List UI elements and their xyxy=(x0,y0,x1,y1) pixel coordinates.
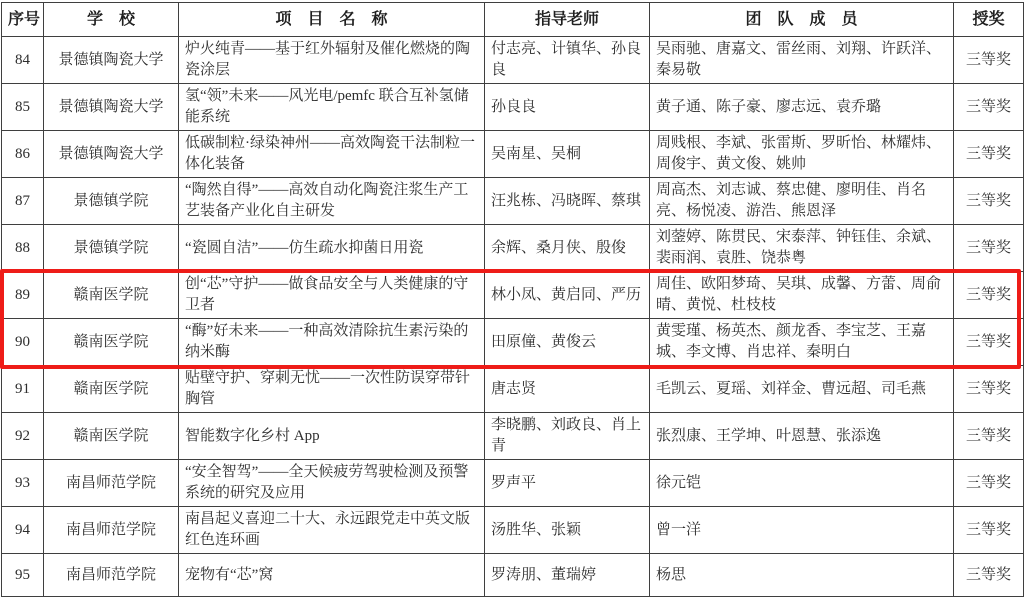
table-row-91: 91赣南医学院贴壁守护、穿刺无忧——一次性防误穿带针胸管唐志贤毛凯云、夏瑶、刘祥… xyxy=(2,366,1024,413)
cell-teachers-row-89: 林小凤、黄启同、严历 xyxy=(485,272,650,319)
cell-award-row-93: 三等奖 xyxy=(954,460,1024,507)
cell-school-row-93: 南昌师范学院 xyxy=(44,460,179,507)
cell-members-row-88: 刘蓥婷、陈贯民、宋泰萍、钟钰佳、余斌、裴雨润、袁胜、饶恭粤 xyxy=(650,225,954,272)
cell-project-row-84: 炉火纯青——基于红外辐射及催化燃烧的陶瓷涂层 xyxy=(179,37,485,84)
cell-no-row-94: 94 xyxy=(2,507,44,554)
cell-school-row-85: 景德镇陶瓷大学 xyxy=(44,84,179,131)
cell-project-row-91: 贴壁守护、穿刺无忧——一次性防误穿带针胸管 xyxy=(179,366,485,413)
cell-teachers-row-84: 付志亮、计镇华、孙良良 xyxy=(485,37,650,84)
cell-award-row-84: 三等奖 xyxy=(954,37,1024,84)
table-row-89: 89赣南医学院创“芯”守护——做食品安全与人类健康的守卫者林小凤、黄启同、严历周… xyxy=(2,272,1024,319)
cell-school-row-92: 赣南医学院 xyxy=(44,413,179,460)
award-list-page: 序号学 校项 目 名 称指导老师团 队 成 员授奖 84景德镇陶瓷大学炉火纯青—… xyxy=(0,0,1024,597)
cell-members-row-95: 杨思 xyxy=(650,554,954,597)
cell-members-row-85: 黄子通、陈子豪、廖志远、袁乔璐 xyxy=(650,84,954,131)
cell-members-row-90: 黄雯瑾、杨英杰、颜龙香、李宝芝、王嘉城、李文博、肖忠祥、秦明白 xyxy=(650,319,954,366)
cell-project-row-89: 创“芯”守护——做食品安全与人类健康的守卫者 xyxy=(179,272,485,319)
cell-members-row-86: 周贱根、李斌、张雷斯、罗昕怡、林耀炜、周俊宇、黄文俊、姚帅 xyxy=(650,131,954,178)
cell-school-row-90: 赣南医学院 xyxy=(44,319,179,366)
cell-project-row-92: 智能数字化乡村 App xyxy=(179,413,485,460)
table-row-87: 87景德镇学院“陶然自得”——高效自动化陶瓷注浆生产工艺装备产业化自主研发汪兆栋… xyxy=(2,178,1024,225)
cell-school-row-89: 赣南医学院 xyxy=(44,272,179,319)
cell-no-row-91: 91 xyxy=(2,366,44,413)
cell-award-row-87: 三等奖 xyxy=(954,178,1024,225)
cell-teachers-row-87: 汪兆栋、冯晓晖、蔡琪 xyxy=(485,178,650,225)
column-header-school: 学 校 xyxy=(44,3,179,37)
column-header-teachers: 指导老师 xyxy=(485,3,650,37)
cell-no-row-95: 95 xyxy=(2,554,44,597)
header-row: 序号学 校项 目 名 称指导老师团 队 成 员授奖 xyxy=(2,3,1024,37)
cell-school-row-88: 景德镇学院 xyxy=(44,225,179,272)
table-row-95: 95南昌师范学院宠物有“芯”窝罗涛朋、董瑞婷杨思三等奖 xyxy=(2,554,1024,597)
cell-award-row-85: 三等奖 xyxy=(954,84,1024,131)
column-header-award: 授奖 xyxy=(954,3,1024,37)
cell-project-row-86: 低碳制粒·绿染神州——高效陶瓷干法制粒一体化装备 xyxy=(179,131,485,178)
cell-members-row-94: 曾一洋 xyxy=(650,507,954,554)
cell-project-row-85: 氢“领”未来——风光电/pemfc 联合互补氢储能系统 xyxy=(179,84,485,131)
cell-award-row-95: 三等奖 xyxy=(954,554,1024,597)
cell-members-row-91: 毛凯云、夏瑶、刘祥金、曹远超、司毛燕 xyxy=(650,366,954,413)
cell-no-row-88: 88 xyxy=(2,225,44,272)
cell-no-row-93: 93 xyxy=(2,460,44,507)
cell-award-row-89: 三等奖 xyxy=(954,272,1024,319)
cell-members-row-92: 张烈康、王学坤、叶恩慧、张添逸 xyxy=(650,413,954,460)
table-row-85: 85景德镇陶瓷大学氢“领”未来——风光电/pemfc 联合互补氢储能系统孙良良黄… xyxy=(2,84,1024,131)
table-row-84: 84景德镇陶瓷大学炉火纯青——基于红外辐射及催化燃烧的陶瓷涂层付志亮、计镇华、孙… xyxy=(2,37,1024,84)
cell-teachers-row-90: 田原僮、黄俊云 xyxy=(485,319,650,366)
cell-teachers-row-88: 余辉、桑月侠、殷俊 xyxy=(485,225,650,272)
cell-project-row-90: “酶”好未来——一种高效清除抗生素污染的纳米酶 xyxy=(179,319,485,366)
table-row-86: 86景德镇陶瓷大学低碳制粒·绿染神州——高效陶瓷干法制粒一体化装备吴南星、吴桐周… xyxy=(2,131,1024,178)
cell-school-row-91: 赣南医学院 xyxy=(44,366,179,413)
cell-award-row-92: 三等奖 xyxy=(954,413,1024,460)
cell-teachers-row-86: 吴南星、吴桐 xyxy=(485,131,650,178)
table-row-88: 88景德镇学院“瓷圆自洁”——仿生疏水抑菌日用瓷余辉、桑月侠、殷俊刘蓥婷、陈贯民… xyxy=(2,225,1024,272)
cell-school-row-84: 景德镇陶瓷大学 xyxy=(44,37,179,84)
table-row-93: 93南昌师范学院“安全智驾”——全天候疲劳驾驶检测及预警系统的研究及应用罗声平徐… xyxy=(2,460,1024,507)
cell-school-row-86: 景德镇陶瓷大学 xyxy=(44,131,179,178)
cell-members-row-89: 周佳、欧阳梦琦、吴琪、成馨、方蕾、周俞晴、黄悦、杜枝枝 xyxy=(650,272,954,319)
cell-project-row-87: “陶然自得”——高效自动化陶瓷注浆生产工艺装备产业化自主研发 xyxy=(179,178,485,225)
award-table: 序号学 校项 目 名 称指导老师团 队 成 员授奖 84景德镇陶瓷大学炉火纯青—… xyxy=(1,2,1024,597)
table-body: 84景德镇陶瓷大学炉火纯青——基于红外辐射及催化燃烧的陶瓷涂层付志亮、计镇华、孙… xyxy=(2,37,1024,597)
table-row-92: 92赣南医学院智能数字化乡村 App李晓鹏、刘政良、肖上青张烈康、王学坤、叶恩慧… xyxy=(2,413,1024,460)
cell-no-row-85: 85 xyxy=(2,84,44,131)
cell-no-row-92: 92 xyxy=(2,413,44,460)
cell-teachers-row-91: 唐志贤 xyxy=(485,366,650,413)
cell-award-row-88: 三等奖 xyxy=(954,225,1024,272)
cell-no-row-86: 86 xyxy=(2,131,44,178)
cell-teachers-row-93: 罗声平 xyxy=(485,460,650,507)
cell-award-row-90: 三等奖 xyxy=(954,319,1024,366)
table-header: 序号学 校项 目 名 称指导老师团 队 成 员授奖 xyxy=(2,3,1024,37)
table-row-90: 90赣南医学院“酶”好未来——一种高效清除抗生素污染的纳米酶田原僮、黄俊云黄雯瑾… xyxy=(2,319,1024,366)
cell-no-row-84: 84 xyxy=(2,37,44,84)
column-header-project: 项 目 名 称 xyxy=(179,3,485,37)
cell-project-row-93: “安全智驾”——全天候疲劳驾驶检测及预警系统的研究及应用 xyxy=(179,460,485,507)
cell-no-row-89: 89 xyxy=(2,272,44,319)
cell-school-row-94: 南昌师范学院 xyxy=(44,507,179,554)
cell-teachers-row-95: 罗涛朋、董瑞婷 xyxy=(485,554,650,597)
cell-members-row-93: 徐元铠 xyxy=(650,460,954,507)
cell-members-row-84: 吴雨驰、唐嘉文、雷丝雨、刘翔、许跃洋、秦易敬 xyxy=(650,37,954,84)
cell-teachers-row-85: 孙良良 xyxy=(485,84,650,131)
cell-members-row-87: 周高杰、刘志诚、蔡忠健、廖明佳、肖名亮、杨悦凌、游浩、熊恩泽 xyxy=(650,178,954,225)
cell-award-row-86: 三等奖 xyxy=(954,131,1024,178)
cell-project-row-94: 南昌起义喜迎二十大、永远跟党走中英文版红色连环画 xyxy=(179,507,485,554)
column-header-no: 序号 xyxy=(2,3,44,37)
table-row-94: 94南昌师范学院南昌起义喜迎二十大、永远跟党走中英文版红色连环画汤胜华、张颖曾一… xyxy=(2,507,1024,554)
cell-school-row-87: 景德镇学院 xyxy=(44,178,179,225)
cell-teachers-row-92: 李晓鹏、刘政良、肖上青 xyxy=(485,413,650,460)
cell-project-row-95: 宠物有“芯”窝 xyxy=(179,554,485,597)
cell-no-row-87: 87 xyxy=(2,178,44,225)
cell-school-row-95: 南昌师范学院 xyxy=(44,554,179,597)
cell-teachers-row-94: 汤胜华、张颖 xyxy=(485,507,650,554)
cell-no-row-90: 90 xyxy=(2,319,44,366)
cell-award-row-94: 三等奖 xyxy=(954,507,1024,554)
cell-award-row-91: 三等奖 xyxy=(954,366,1024,413)
cell-project-row-88: “瓷圆自洁”——仿生疏水抑菌日用瓷 xyxy=(179,225,485,272)
column-header-members: 团 队 成 员 xyxy=(650,3,954,37)
